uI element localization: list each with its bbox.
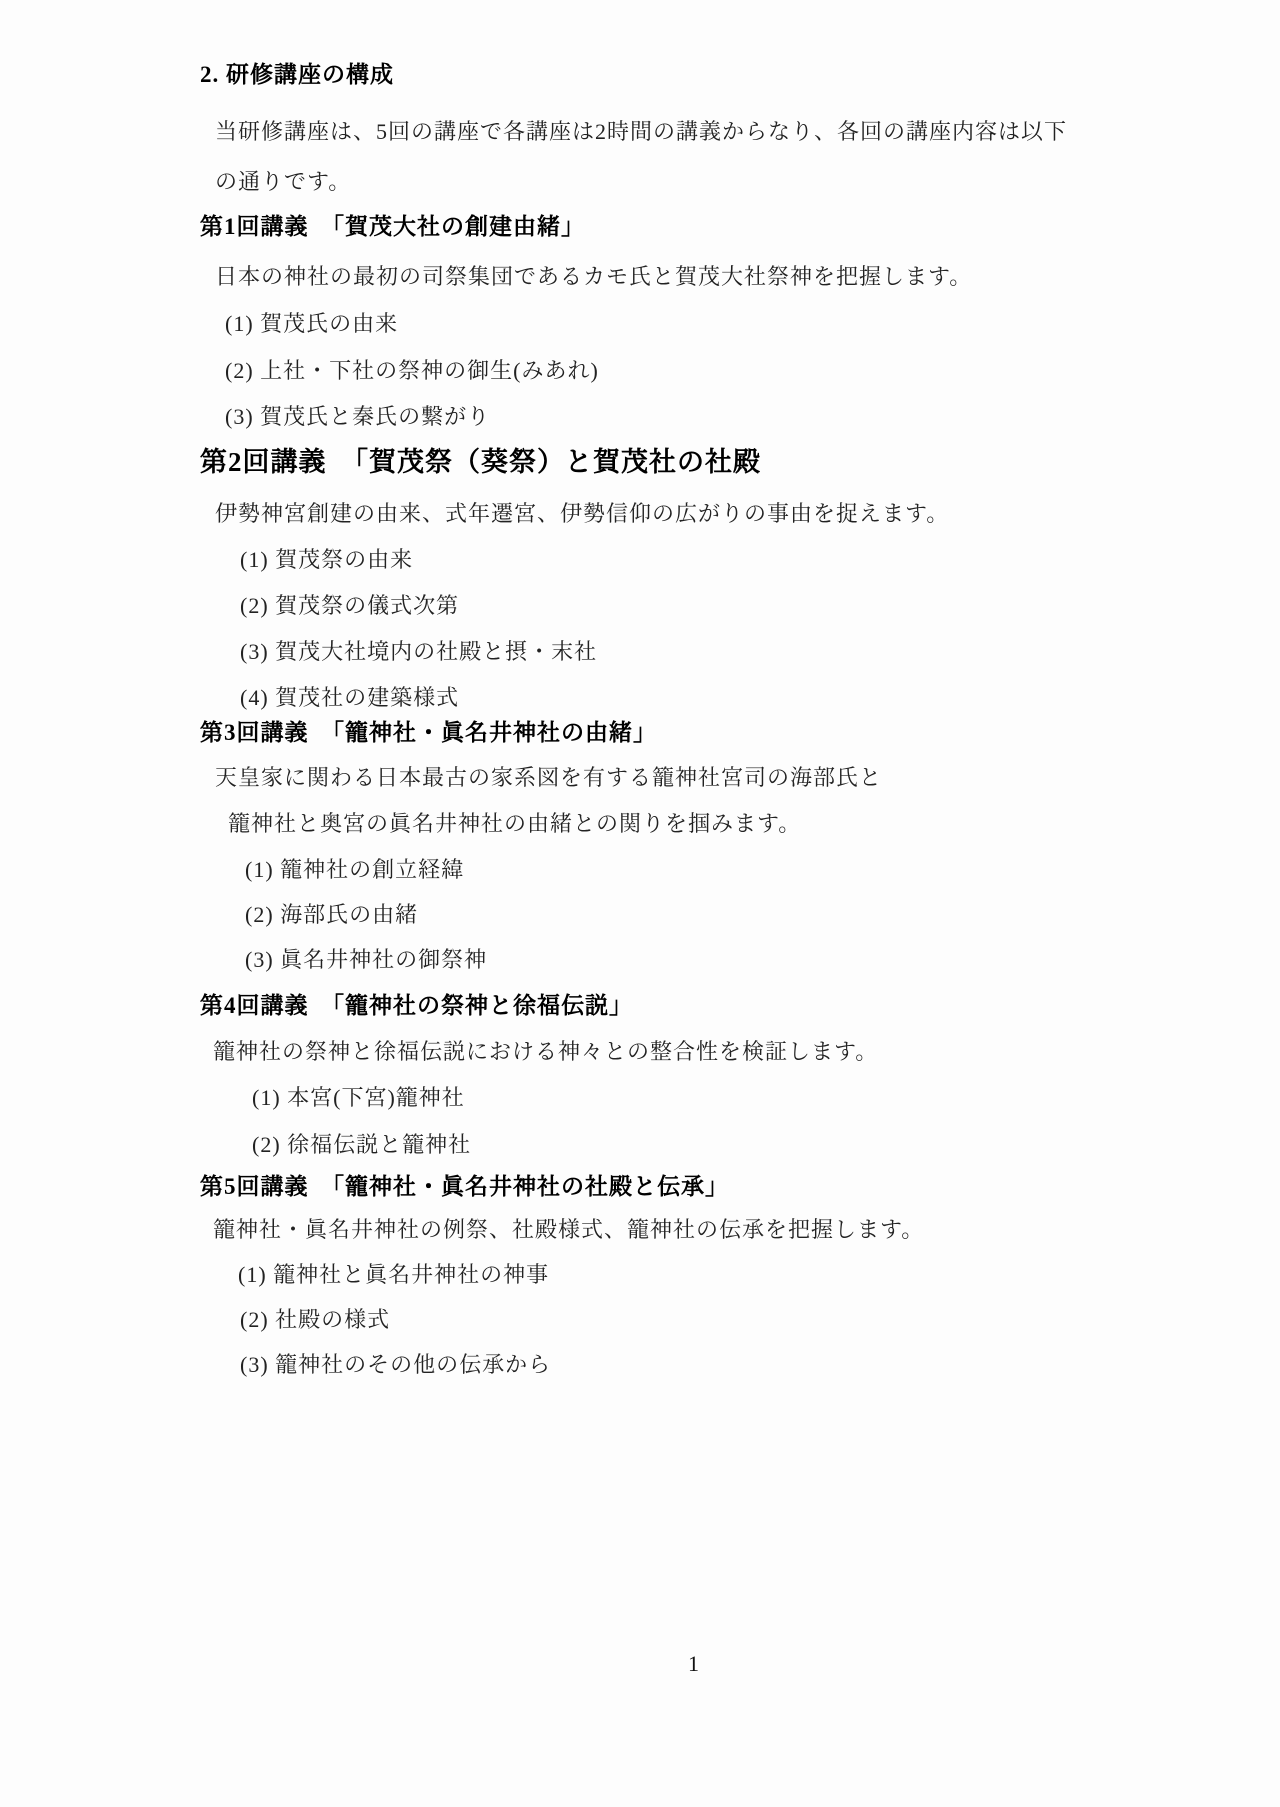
lecture-3-description-2: 籠神社と奥宮の眞名井神社の由緒との関りを掴みます。	[228, 810, 801, 839]
lecture-1-item-2: (2) 上社・下社の祭神の御生(みあれ)	[225, 357, 599, 386]
lecture-2-item-2: (2) 賀茂祭の儀式次第	[240, 592, 459, 621]
document-page: 2. 研修講座の構成 当研修講座は、5回の講座で各講座は2時間の講義からなり、各…	[0, 0, 1280, 1807]
lecture-4-item-2: (2) 徐福伝説と籠神社	[252, 1131, 471, 1160]
lecture-5-item-2: (2) 社殿の様式	[240, 1306, 390, 1335]
lecture-3-description-1: 天皇家に関わる日本最古の家系図を有する籠神社宮司の海部氏と	[215, 764, 882, 793]
lecture-3-heading: 第3回講義 「籠神社・眞名井神社の由緒」	[200, 718, 657, 748]
lecture-2-item-1: (1) 賀茂祭の由来	[240, 546, 413, 575]
lecture-5-item-1: (1) 籠神社と眞名井神社の神事	[238, 1261, 549, 1290]
lecture-4-description: 籠神社の祭神と徐福伝説における神々との整合性を検証します。	[213, 1038, 878, 1067]
lecture-4-item-1: (1) 本宮(下宮)籠神社	[252, 1084, 465, 1113]
lecture-2-description: 伊勢神宮創建の由来、式年遷宮、伊勢信仰の広がりの事由を捉えます。	[215, 500, 949, 529]
lecture-3-item-1: (1) 籠神社の創立経緯	[245, 856, 464, 885]
lecture-3-item-2: (2) 海部氏の由緒	[245, 901, 418, 930]
lecture-2-item-3: (3) 賀茂大社境内の社殿と摂・末社	[240, 638, 597, 667]
page-title: 2. 研修講座の構成	[200, 60, 394, 90]
lecture-1-heading: 第1回講義 「賀茂大社の創建由緒」	[200, 212, 585, 242]
lecture-1-item-1: (1) 賀茂氏の由来	[225, 310, 398, 339]
lecture-4-heading: 第4回講義 「籠神社の祭神と徐福伝説」	[200, 991, 633, 1021]
page-number: 1	[688, 1650, 699, 1679]
intro-line-2: の通りです。	[215, 168, 351, 197]
lecture-3-item-3: (3) 眞名井神社の御祭神	[245, 946, 487, 975]
lecture-1-item-3: (3) 賀茂氏と秦氏の繋がり	[225, 403, 490, 432]
lecture-5-heading: 第5回講義 「籠神社・眞名井神社の社殿と伝承」	[200, 1172, 729, 1202]
lecture-5-description: 籠神社・眞名井神社の例祭、社殿様式、籠神社の伝承を把握します。	[213, 1216, 924, 1245]
lecture-2-item-4: (4) 賀茂社の建築様式	[240, 684, 459, 713]
lecture-2-heading: 第2回講義 「賀茂祭（葵祭）と賀茂社の社殿	[200, 445, 761, 480]
lecture-5-item-3: (3) 籠神社のその他の伝承から	[240, 1351, 551, 1380]
intro-line-1: 当研修講座は、5回の講座で各講座は2時間の講義からなり、各回の講座内容は以下	[215, 118, 1067, 147]
lecture-1-description: 日本の神社の最初の司祭集団であるカモ氏と賀茂大社祭神を把握します。	[215, 263, 972, 292]
